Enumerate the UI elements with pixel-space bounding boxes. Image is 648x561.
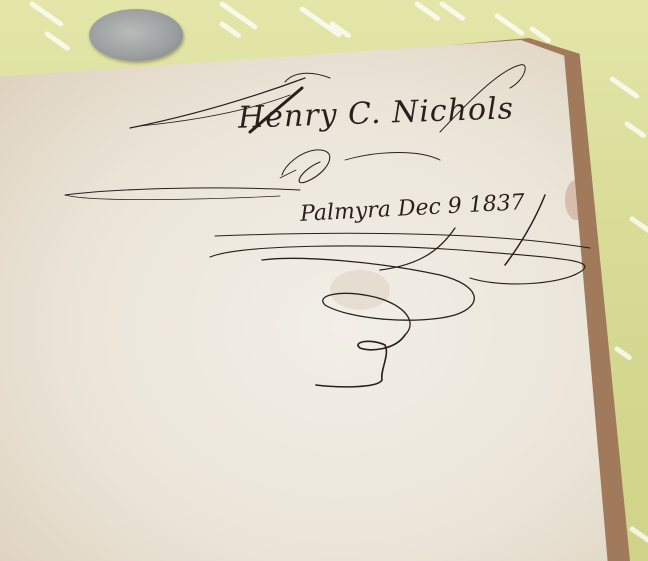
signature-flourish — [0, 0, 648, 561]
